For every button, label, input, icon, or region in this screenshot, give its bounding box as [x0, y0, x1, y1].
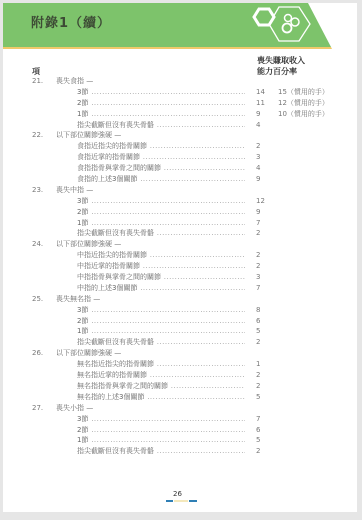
row-value-dominant-hand: 10（慣用的手） [278, 109, 329, 120]
table-row: 1節 7 [3, 218, 357, 229]
row-value: 2 [256, 446, 260, 457]
row-value: 4 [256, 163, 260, 174]
table-row: 中指的上述3個關節 7 [3, 283, 357, 294]
table-row: 無名指近掌的指骨關節 2 [3, 370, 357, 381]
row-value: 5 [256, 326, 260, 337]
table-row: 食指的上述3個關節 9 [3, 174, 357, 185]
row-label: 食指的上述3個關節 [77, 174, 245, 185]
row-label: 3節 [77, 87, 245, 98]
table-row: 指尖截斷但沒有喪失骨骼 4 [3, 120, 357, 131]
percentage-column-header: 喪失賺取收入 能力百分率 [257, 55, 305, 77]
row-value: 2 [256, 337, 260, 348]
row-value: 3 [256, 152, 260, 163]
row-value: 3 [256, 272, 260, 283]
section-label: 以下部位關節強硬 — [56, 348, 121, 359]
table-row: 2節 6 [3, 316, 357, 327]
row-value: 7 [256, 414, 260, 425]
table-row: 1節 5 [3, 326, 357, 337]
row-label: 3節 [77, 414, 245, 425]
section-row: 22. 以下部位關節強硬 — [3, 130, 357, 141]
header-banner: 附錄1（續） [3, 3, 333, 51]
table-row: 指尖截斷但沒有喪失骨骼 2 [3, 228, 357, 239]
table-row: 無名指的上述3個關節 5 [3, 392, 357, 403]
row-value: 2 [256, 228, 260, 239]
table-row: 1節 9 10（慣用的手） [3, 109, 357, 120]
row-label: 無名指近指尖的指骨關節 [77, 359, 245, 370]
table-row: 2節 11 12（慣用的手） [3, 98, 357, 109]
section-label: 喪失小指 — [56, 403, 93, 414]
section-row: 21. 喪失食指 — [3, 76, 357, 87]
table-row: 無名指指骨與掌骨之間的關節 2 [3, 381, 357, 392]
row-value-dominant-hand: 15（慣用的手） [278, 87, 329, 98]
row-label: 無名指指骨與掌骨之間的關節 [77, 381, 245, 392]
table-row: 1節 5 [3, 435, 357, 446]
section-row: 27. 喪失小指 — [3, 403, 357, 414]
row-value: 12 [256, 196, 265, 207]
page-title: 附錄1（續） [31, 12, 111, 31]
section-row: 23. 喪失中指 — [3, 185, 357, 196]
row-value: 7 [256, 283, 260, 294]
row-value: 11 [256, 98, 265, 109]
row-value: 4 [256, 120, 260, 131]
section-label: 以下部位關節強硬 — [56, 239, 121, 250]
row-value: 2 [256, 250, 260, 261]
row-label: 2節 [77, 425, 245, 436]
row-value: 2 [256, 381, 260, 392]
row-label: 指尖截斷但沒有喪失骨骼 [77, 337, 245, 348]
row-label: 中指近掌的指骨關節 [77, 261, 245, 272]
row-label: 無名指近掌的指骨關節 [77, 370, 245, 381]
page-number: 26 [173, 490, 182, 498]
section-number: 22. [32, 130, 43, 141]
table-row: 食指近掌的指骨關節 3 [3, 152, 357, 163]
row-value: 6 [256, 425, 260, 436]
table-row: 指尖截斷但沒有喪失骨骼 2 [3, 446, 357, 457]
table-row: 指尖截斷但沒有喪失骨骼 2 [3, 337, 357, 348]
section-label: 以下部位關節強硬 — [56, 130, 121, 141]
section-number: 21. [32, 76, 43, 87]
section-label: 喪失食指 — [56, 76, 93, 87]
row-label: 1節 [77, 109, 245, 120]
section-row: 24. 以下部位關節強硬 — [3, 239, 357, 250]
row-label: 食指近掌的指骨關節 [77, 152, 245, 163]
table-row: 食指近指尖的指骨關節 2 [3, 141, 357, 152]
row-label: 指尖截斷但沒有喪失骨骼 [77, 228, 245, 239]
row-value: 5 [256, 435, 260, 446]
row-label: 指尖截斷但沒有喪失骨骼 [77, 446, 245, 457]
row-value: 9 [256, 174, 260, 185]
row-label: 中指的上述3個關節 [77, 283, 245, 294]
percentage-header-line1: 喪失賺取收入 [257, 55, 305, 66]
row-value: 8 [256, 305, 260, 316]
row-value-dominant-hand: 12（慣用的手） [278, 98, 329, 109]
row-value: 5 [256, 392, 260, 403]
section-number: 27. [32, 403, 43, 414]
table-row: 中指指骨與掌骨之間的關節 3 [3, 272, 357, 283]
row-label: 1節 [77, 435, 245, 446]
row-label: 2節 [77, 207, 245, 218]
row-label: 1節 [77, 218, 245, 229]
table-row: 3節 8 [3, 305, 357, 316]
row-label: 食指近指尖的指骨關節 [77, 141, 245, 152]
row-label: 無名指的上述3個關節 [77, 392, 245, 403]
row-value: 14 [256, 87, 265, 98]
table-row: 中指近掌的指骨關節 2 [3, 261, 357, 272]
section-label: 喪失無名指 — [56, 294, 100, 305]
section-row: 26. 以下部位關節強硬 — [3, 348, 357, 359]
section-row: 25. 喪失無名指 — [3, 294, 357, 305]
section-number: 26. [32, 348, 43, 359]
section-number: 25. [32, 294, 43, 305]
table-row: 無名指近指尖的指骨關節 1 [3, 359, 357, 370]
table-row: 3節 7 [3, 414, 357, 425]
row-label: 中指指骨與掌骨之間的關節 [77, 272, 245, 283]
row-label: 2節 [77, 316, 245, 327]
row-label: 1節 [77, 326, 245, 337]
table-row: 3節 12 [3, 196, 357, 207]
table-row: 食指指骨與掌骨之間的關節 4 [3, 163, 357, 174]
table-row: 中指近指尖的指骨關節 2 [3, 250, 357, 261]
row-label: 2節 [77, 98, 245, 109]
row-value: 9 [256, 207, 260, 218]
row-value: 2 [256, 141, 260, 152]
document-page: 附錄1（續） 喪失賺取收入 能力百分率 項 21. 喪失食指 — 3節 14 1… [3, 3, 357, 512]
schedule-table: 21. 喪失食指 — 3節 14 15（慣用的手） 2節 11 12（慣用的手）… [3, 76, 357, 457]
row-label: 指尖截斷但沒有喪失骨骼 [77, 120, 245, 131]
page-number-decoration-icon [166, 499, 198, 503]
section-label: 喪失中指 — [56, 185, 93, 196]
row-label: 3節 [77, 305, 245, 316]
row-value: 7 [256, 218, 260, 229]
section-number: 24. [32, 239, 43, 250]
table-row: 2節 9 [3, 207, 357, 218]
row-label: 3節 [77, 196, 245, 207]
row-label: 中指近指尖的指骨關節 [77, 250, 245, 261]
row-value: 6 [256, 316, 260, 327]
table-row: 2節 6 [3, 425, 357, 436]
row-value: 2 [256, 370, 260, 381]
row-label: 食指指骨與掌骨之間的關節 [77, 163, 245, 174]
table-row: 3節 14 15（慣用的手） [3, 87, 357, 98]
section-number: 23. [32, 185, 43, 196]
row-value: 1 [256, 359, 260, 370]
row-value: 9 [256, 109, 260, 120]
row-value: 2 [256, 261, 260, 272]
